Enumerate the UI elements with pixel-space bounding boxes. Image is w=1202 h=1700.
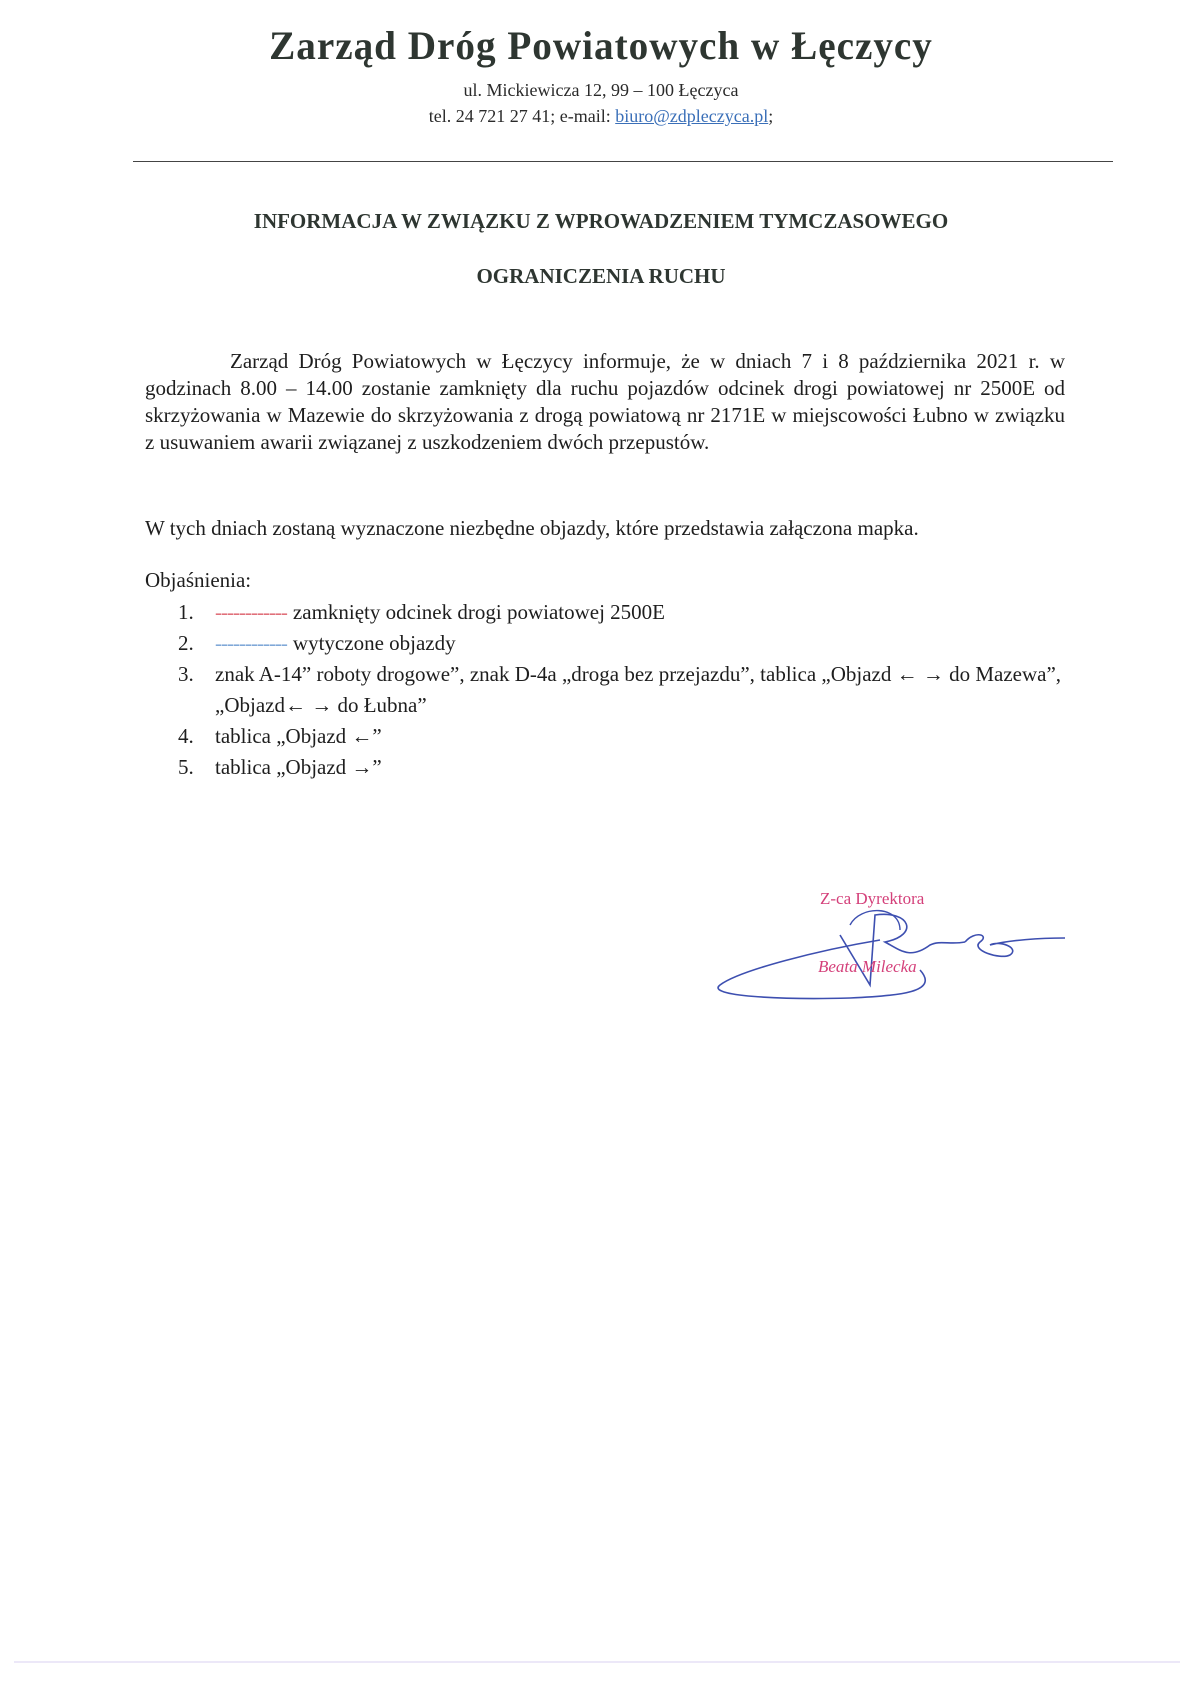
legend-item: 5. tablica „Objazd →” [178, 752, 1068, 783]
legend-list: 1. ------------zamknięty odcinek drogi p… [178, 597, 1068, 783]
legend-item-text: tablica „Objazd ←” [215, 721, 1068, 752]
legend-item: 3. znak A-14” roboty drogowe”, znak D-4a… [178, 659, 1068, 721]
body-paragraph-2: W tych dniach zostaną wyznaczone niezbęd… [145, 515, 1065, 542]
legend-item-text: zamknięty odcinek drogi powiatowej 2500E [293, 600, 665, 624]
organization-contact: tel. 24 721 27 41; e-mail: biuro@zdplecz… [0, 106, 1202, 127]
header-divider [133, 161, 1113, 162]
organization-name: Zarząd Dróg Powiatowych w Łęczycy [12, 22, 1190, 69]
phone-text: tel. 24 721 27 41; e-mail: [429, 106, 615, 126]
legend-item-number: 3. [178, 659, 215, 721]
blue-dashed-line-icon: ------------ [215, 631, 287, 655]
document-title-line-1: INFORMACJA W ZWIĄZKU Z WPROWADZENIEM TYM… [0, 209, 1202, 234]
legend-item-number: 5. [178, 752, 215, 783]
legend-item-text: wytyczone objazdy [293, 631, 456, 655]
legend-item-number: 2. [178, 628, 215, 659]
email-suffix: ; [768, 106, 773, 126]
legend-title: Objaśnienia: [145, 568, 251, 593]
red-dashed-line-icon: ------------ [215, 600, 287, 624]
signature-stamp-name: Beata Milecka [818, 957, 917, 977]
footer-divider [14, 1661, 1180, 1663]
legend-item-text: znak A-14” roboty drogowe”, znak D-4a „d… [215, 659, 1068, 721]
legend-item-number: 4. [178, 721, 215, 752]
legend-item: 4. tablica „Objazd ←” [178, 721, 1068, 752]
legend-item: 2. ------------wytyczone objazdy [178, 628, 1068, 659]
handwritten-signature-icon [700, 900, 1080, 1000]
legend-item-number: 1. [178, 597, 215, 628]
legend-item-text: tablica „Objazd →” [215, 752, 1068, 783]
organization-address: ul. Mickiewicza 12, 99 – 100 Łęczyca [0, 80, 1202, 101]
document-title-line-2: OGRANICZENIA RUCHU [0, 264, 1202, 289]
email-link[interactable]: biuro@zdpleczyca.pl [615, 106, 768, 126]
body-paragraph-1: Zarząd Dróg Powiatowych w Łęczycy inform… [145, 348, 1065, 456]
legend-item: 1. ------------zamknięty odcinek drogi p… [178, 597, 1068, 628]
